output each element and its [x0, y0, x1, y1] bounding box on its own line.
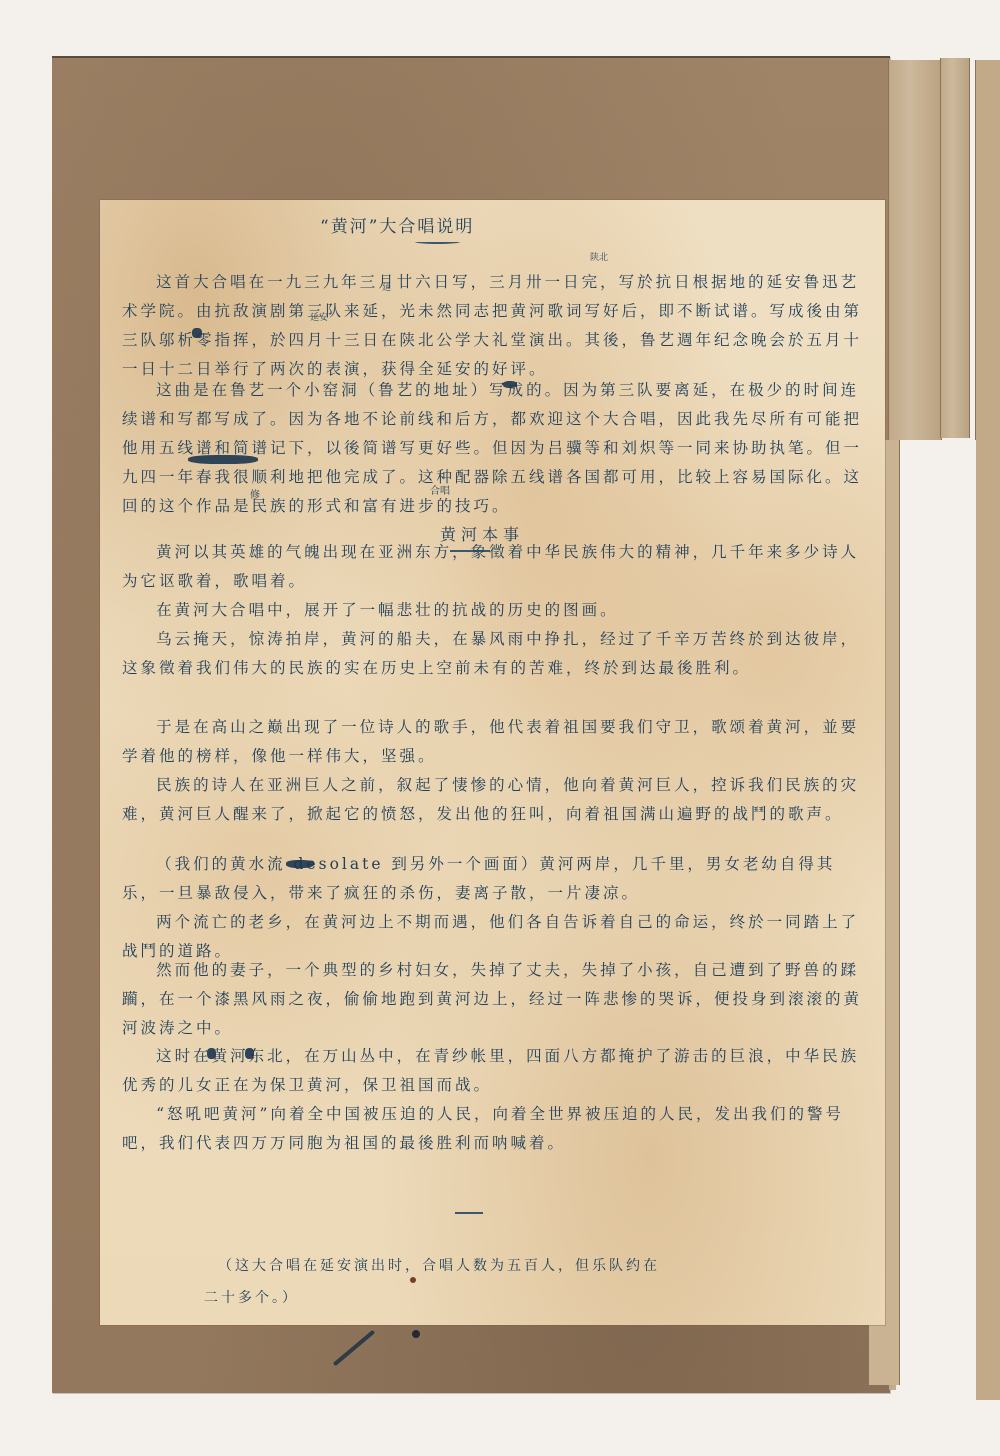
ink-strikeout — [286, 860, 314, 868]
pin-head — [412, 1330, 420, 1338]
ink-blot — [192, 328, 202, 338]
footnote: （这大合唱在延安演出时，合唱人数为五百人，但乐队约在 二十多个。） — [218, 1250, 838, 1314]
story-paragraph: “怒吼吧黄河”向着全中国被压迫的人民，向着全世界被压迫的人民，发出我们的警号吧，… — [122, 1100, 862, 1158]
margin-annotation: 陕北 — [590, 250, 608, 263]
paragraph-composition-history: 这首大合唱在一九三九年三月廿六日写，三月卅一日完，写於抗日根据地的延安鲁迅艺术学… — [122, 268, 862, 384]
story-paragraph: 这时在黄河东北，在万山丛中，在青纱帐里，四面八方都掩护了游击的巨浪，中华民族优秀… — [122, 1042, 862, 1100]
story-paragraph: 然而他的妻子，一个典型的乡村妇女，失掉了丈夫，失掉了小孩，自己遭到了野兽的蹂躏，… — [122, 956, 862, 1043]
story-paragraph: 民族的诗人在亚洲巨人之前，叙起了悽惨的心情，他向着黄河巨人，控诉我们民族的灾难，… — [122, 771, 862, 829]
ink-blot — [207, 1048, 216, 1059]
torn-gap — [896, 440, 976, 1456]
paragraph-scoring-notes: 这曲是在鲁艺一个小窑洞（鲁艺的地址）写成的。因为第三队要离延，在极少的时间连续谱… — [122, 376, 862, 521]
story-paragraph: 于是在高山之巅出现了一位诗人的歌手，他代表着祖国要我们守卫，歌颂着黄河，並要学着… — [122, 713, 862, 771]
adjacent-page-edge — [975, 60, 1000, 1400]
footnote-line: 二十多个。） — [204, 1282, 838, 1314]
folded-paper-strip — [940, 58, 970, 438]
story-paragraph: 乌云掩天，惊涛拍岸，黄河的船夫，在暴风雨中挣扎，经过了千辛万苦终於到达彼岸，这象… — [122, 625, 862, 683]
document-title: “黄河”大合唱说明 — [320, 212, 474, 237]
story-paragraph: （我们的黄水流 desolate 到另外一个画面）黄河两岸，几千里，男女老幼自得… — [122, 850, 862, 908]
manuscript-sheet: “黄河”大合唱说明 陕北 延 延安 这首大合唱在一九三九年三月廿六日写，三月卅一… — [100, 200, 885, 1325]
stain-spot — [410, 1277, 416, 1283]
margin-annotation: 修 — [250, 486, 260, 501]
end-mark — [455, 1210, 483, 1214]
footnote-line: （这大合唱在延安演出时，合唱人数为五百人，但乐队约在 — [218, 1250, 838, 1282]
story-paragraph: 在黄河大合唱中，展开了一幅悲壮的抗战的历史的图画。 — [122, 596, 862, 625]
ink-blot — [245, 1048, 254, 1059]
ink-blot — [503, 381, 517, 388]
title-underline — [415, 240, 460, 244]
story-paragraph: 黄河以其英雄的气魄出现在亚洲东方，象徵着中华民族伟大的精神，几千年来多少诗人为它… — [122, 538, 862, 596]
ink-strikeout — [188, 455, 258, 464]
margin-annotation: 合唱 — [430, 482, 450, 497]
